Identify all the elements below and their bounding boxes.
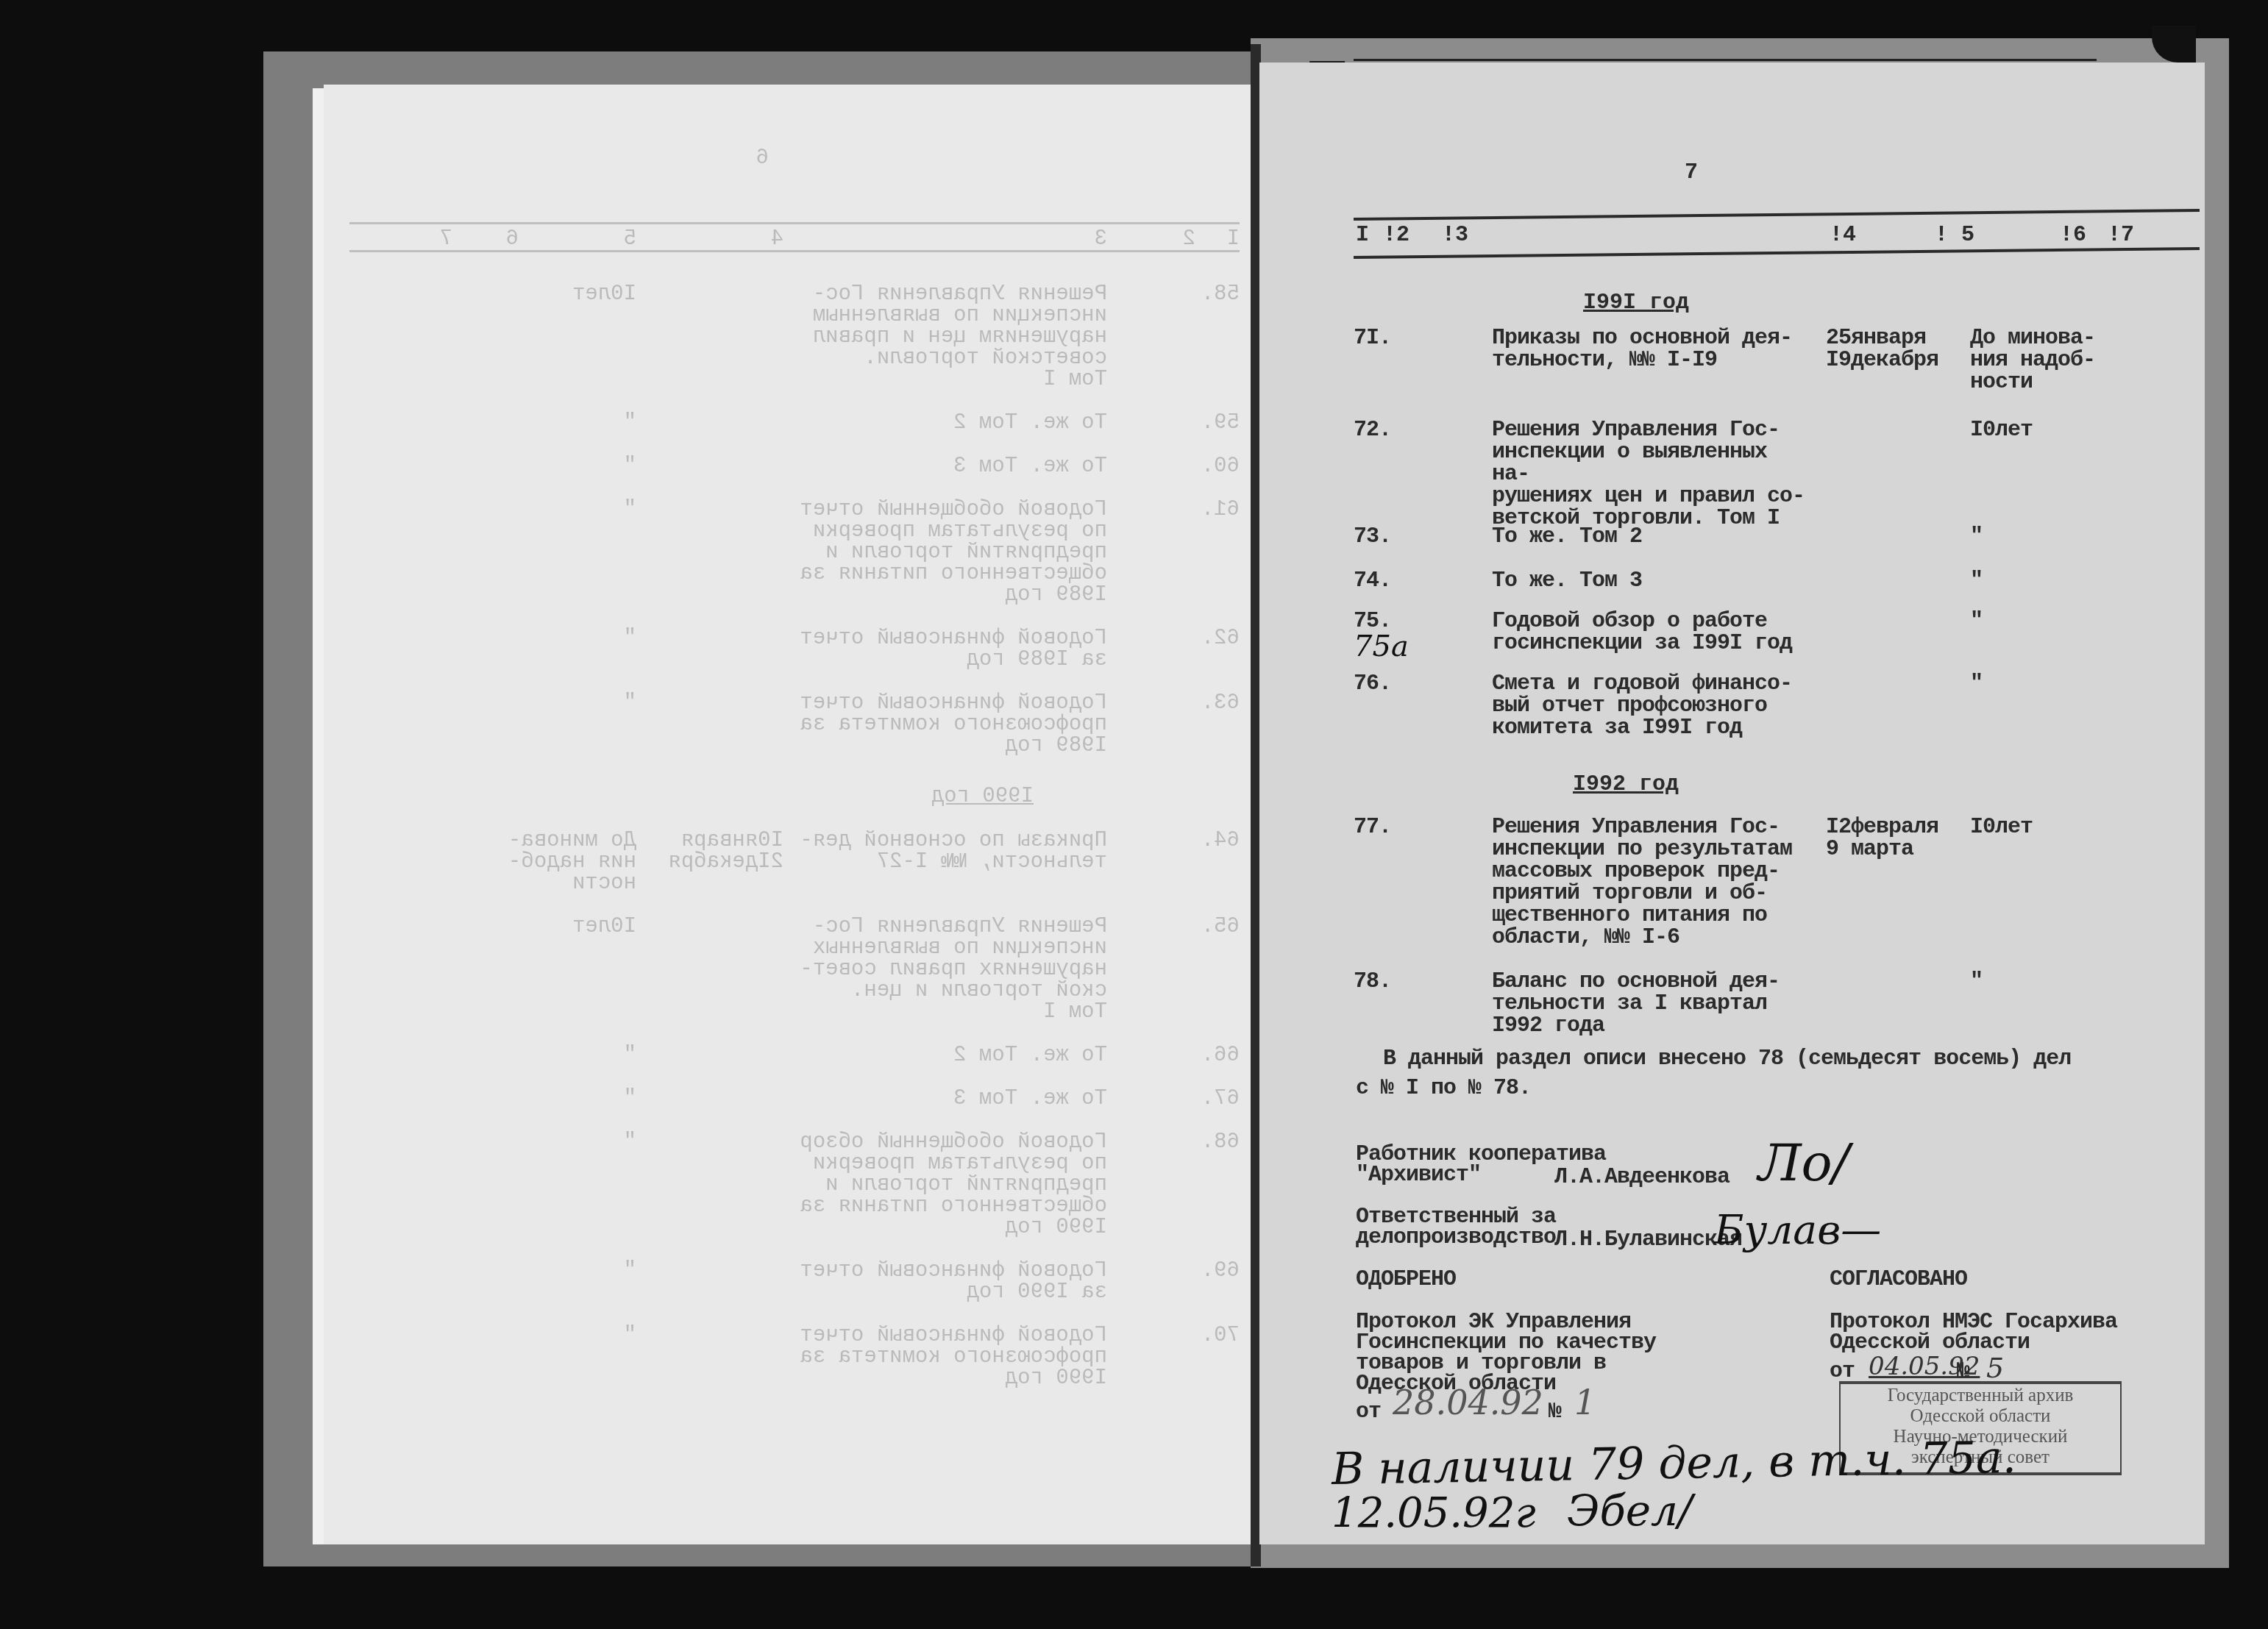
row-title-line: инспекции о выявленных на-	[1492, 441, 1808, 485]
row-dates-line: I9декабря	[1826, 349, 1973, 371]
ghost-row-title-line: Том I	[1043, 368, 1107, 390]
row-retention-line: "	[1970, 610, 2117, 632]
row-retention-line: До минова-	[1970, 327, 2117, 349]
ghost-row-title-line: I990 год	[1005, 1216, 1107, 1238]
row-dates-line: 25января	[1826, 327, 1973, 349]
row-dates-line: I2февраля	[1826, 816, 1973, 838]
row-title-line: инспекции по результатам	[1492, 838, 1808, 860]
row-retention: "	[1970, 526, 2117, 548]
ghost-row-title-line: по результатам проверки	[813, 1152, 1107, 1174]
ghost-row-number: 61.	[1201, 499, 1240, 520]
ghost-row-number: 62.	[1201, 627, 1240, 649]
row-retention: До минова-ния надоб-ности	[1970, 327, 2117, 393]
row-number: 73.	[1354, 526, 1391, 548]
ghost-row-title-line: профсоюзного комитета за	[800, 1346, 1107, 1367]
ghost-col-2: 2	[1183, 228, 1195, 249]
ghost-row-title-line: по результатам проверки	[813, 520, 1107, 541]
row-retention-line: "	[1970, 971, 2117, 993]
year-heading: I99I год	[1583, 290, 1689, 316]
ghost-row-title-line: Годовой финансовый отчет	[800, 692, 1107, 713]
row-title: Годовой обзор о работегосинспекции за I9…	[1492, 610, 1808, 655]
ghost-row-title-line: советской торговли.	[864, 347, 1107, 368]
ghost-row-dates-line: 2Iдекабря	[668, 851, 783, 872]
col-header-3: !3	[1442, 223, 1468, 248]
row-number: 76.	[1354, 673, 1391, 695]
ghost-row-title-line: Решения Управления Гос-	[813, 283, 1107, 304]
row-title-line: комитета за I99I год	[1492, 717, 1808, 739]
ghost-col-7: 7	[440, 228, 452, 249]
ghost-row-retention: "	[624, 1088, 636, 1109]
row-retention: "	[1970, 673, 2117, 695]
row-title-line: массовых проверок пред-	[1492, 860, 1808, 883]
ghost-row-title-line: инспекции по выявленных	[813, 937, 1107, 958]
row-number: 72.	[1354, 419, 1391, 441]
row-number: 77.	[1354, 816, 1391, 838]
col-header-7: !7	[2108, 223, 2134, 248]
col-header-4: !4	[1830, 223, 1856, 248]
ghost-year-heading: I990 год	[931, 785, 1034, 807]
row-title-line: Приказы по основной дея-	[1492, 327, 1808, 349]
ghost-row-number: 64.	[1201, 830, 1240, 851]
row-number: 78.	[1354, 971, 1391, 993]
ghost-row-title-line: То же. Том 3	[953, 1088, 1107, 1109]
row-retention: "	[1970, 610, 2117, 632]
ghost-row-number: 59.	[1201, 412, 1240, 433]
ghost-row-title-line: предприятий торговли и	[825, 541, 1107, 563]
summary-line-2: с № I по № 78.	[1356, 1077, 1531, 1099]
ghost-row-title-line: тельности, №№ I-27	[877, 851, 1107, 872]
row-title-line: I992 года	[1492, 1015, 1808, 1037]
ghost-row-retention-line: ния надоб-	[508, 851, 636, 872]
stamp-line-2: Одесской области	[1841, 1406, 2120, 1427]
ghost-row-title-line: Годовой обобщенный обзор	[800, 1131, 1107, 1152]
ghost-row-retention: "	[624, 692, 636, 713]
ghost-row-dates-line: I0января	[681, 830, 783, 851]
ghost-row-number: 68.	[1201, 1131, 1240, 1152]
ghost-row-number: 60.	[1201, 455, 1240, 477]
agreed-from-label: от	[1830, 1361, 1855, 1383]
ghost-row-number: 65.	[1201, 916, 1240, 937]
ghost-row-title-line: То же. Том 3	[953, 455, 1107, 477]
ghost-row-title-line: I989 год	[1005, 735, 1107, 756]
handwritten-date-note: 12.05.92г	[1332, 1489, 1536, 1537]
approved-number: 1	[1574, 1383, 1596, 1422]
agreed-number-label: №	[1957, 1361, 1969, 1383]
row-title: Приказы по основной дея-тельности, №№ I-…	[1492, 327, 1808, 371]
ghost-row-title-line: Годовой финансовый отчет	[800, 627, 1107, 649]
ghost-page-number: 6	[756, 147, 769, 168]
ghost-col-3: 3	[1095, 228, 1107, 249]
row-title-line: госинспекции за I99I год	[1492, 632, 1808, 655]
ghost-row-retention: "	[624, 412, 636, 433]
signer-2-role-line-2: делопроизводство	[1356, 1227, 1556, 1249]
row-title-line: тельности за I квартал	[1492, 993, 1808, 1015]
row-title-line: То же. Том 2	[1492, 526, 1808, 548]
signature-1-scribble: Ло/	[1758, 1133, 1849, 1193]
ghost-row-number: 58.	[1201, 283, 1240, 304]
handwritten-initials: Эбел/	[1567, 1486, 1693, 1536]
ghost-row-retention-line: ности	[572, 872, 636, 894]
ghost-row-retention: "	[624, 1260, 636, 1281]
cover-rule	[1354, 59, 2097, 61]
row-title-line: рушениях цен и правил со-	[1492, 485, 1808, 507]
ghost-col-4: 4	[771, 228, 783, 249]
ghost-row-title-line: общественного питания за	[800, 1195, 1107, 1216]
row-retention-line: I0лет	[1970, 419, 2117, 441]
ghost-row-title-line: I990 год	[1005, 1367, 1107, 1389]
row-title: То же. Том 2	[1492, 526, 1808, 548]
signer-1-name: Л.А.Авдеенкова	[1554, 1166, 1730, 1188]
row-title-line: щественного питания по	[1492, 905, 1808, 927]
approved-label: ОДОБРЕНО	[1356, 1269, 1456, 1291]
ghost-row-retention: "	[624, 1131, 636, 1152]
col-header-6: !6	[2060, 223, 2086, 248]
page-number: 7	[1685, 162, 1697, 184]
row-title: Смета и годовой финансо-вый отчет профсо…	[1492, 673, 1808, 739]
ghost-col-6: 6	[506, 228, 519, 249]
ghost-row-title-line: Том I	[1043, 1001, 1107, 1022]
ghost-row-number: 70.	[1201, 1325, 1240, 1346]
row-dates: 25январяI9декабря	[1826, 327, 1973, 371]
left-page-bleedthrough: 6 I 2 3 4 5 6 7 58.Решения Управления Го…	[324, 85, 1254, 1544]
row-title-line: То же. Том 3	[1492, 570, 1808, 592]
row-number: 74.	[1354, 570, 1391, 592]
ghost-row-retention: "	[624, 499, 636, 520]
ghost-row-title-line: за I990 год	[967, 1281, 1107, 1302]
row-retention-line: "	[1970, 570, 2117, 592]
row-title-line: тельности, №№ I-I9	[1492, 349, 1808, 371]
ghost-row-retention: I0лет	[572, 283, 636, 304]
row-dates-line: 9 марта	[1826, 838, 1973, 860]
row-retention-line: I0лет	[1970, 816, 2117, 838]
ghost-row-title-line: нарушениях правил совет-	[800, 958, 1107, 980]
row-retention-line: ности	[1970, 371, 2117, 393]
row-retention: I0лет	[1970, 419, 2117, 441]
ghost-row-number: 66.	[1201, 1044, 1240, 1066]
ghost-row-retention: "	[624, 1325, 636, 1346]
row-title-line: области, №№ I-6	[1492, 927, 1808, 949]
summary-line-1: В данный раздел описи внесено 78 (семьде…	[1383, 1048, 2071, 1070]
row-title-line: Решения Управления Гос-	[1492, 419, 1808, 441]
approved-number-label: №	[1549, 1401, 1561, 1423]
ghost-row-title-line: нарушениям цен и правил	[813, 326, 1107, 347]
row-title: То же. Том 3	[1492, 570, 1808, 592]
ghost-row-title-line: Приказы по основной дея-	[800, 830, 1107, 851]
row-dates: I2февраля9 марта	[1826, 816, 1973, 860]
col-header-5: ! 5	[1935, 223, 1974, 248]
ghost-row-title-line: То же. Том 2	[953, 412, 1107, 433]
row-title-line: приятий торговли и об-	[1492, 883, 1808, 905]
approved-from-label: от	[1356, 1401, 1381, 1423]
ghost-row-title-line: То же. Том 2	[953, 1044, 1107, 1066]
ghost-row-retention-line: До минова-	[508, 830, 636, 851]
ghost-row-number: 63.	[1201, 692, 1240, 713]
row-retention-line: "	[1970, 526, 2117, 548]
row-title-line: Смета и годовой финансо-	[1492, 673, 1808, 695]
ghost-row-title-line: ской торговли и цен.	[851, 980, 1107, 1001]
ghost-row-title-line: Решения Управления Гос-	[813, 916, 1107, 937]
agreed-line-2: Одесской области	[1830, 1332, 2030, 1354]
row-title-line: Баланс по основной дея-	[1492, 971, 1808, 993]
row-retention: "	[1970, 971, 2117, 993]
row-title-line: Решения Управления Гос-	[1492, 816, 1808, 838]
agreed-number: 5	[1986, 1352, 2004, 1384]
row-title: Баланс по основной дея-тельности за I кв…	[1492, 971, 1808, 1037]
ghost-row-retention: "	[624, 627, 636, 649]
ghost-row-title-line: Годовой финансовый отчет	[800, 1325, 1107, 1346]
ghost-row-retention: "	[624, 1044, 636, 1066]
ghost-row-title-line: предприятий торговли и	[825, 1174, 1107, 1195]
ghost-row-title-line: I989 год	[1005, 584, 1107, 605]
ghost-col-5: 5	[624, 228, 636, 249]
ghost-row-title-line: инспекции по выявленным	[813, 304, 1107, 326]
approved-date: 28.04.92	[1393, 1383, 1543, 1422]
stamp-line-1: Государственный архив	[1841, 1386, 2120, 1406]
row-title: Решения Управления Гос-инспекции о выявл…	[1492, 419, 1808, 530]
ghost-row-title-line: Годовой финансовый отчет	[800, 1260, 1107, 1281]
ghost-row-title-line: профсоюзного комитета за	[800, 713, 1107, 735]
year-heading: I992 год	[1573, 772, 1679, 797]
ghost-row-title-line: общественного питания за	[800, 563, 1107, 584]
row-number: 7I.	[1354, 327, 1391, 349]
row-title-line: Годовой обзор о работе	[1492, 610, 1808, 632]
agreed-label: СОГЛАСОВАНО	[1830, 1269, 1967, 1291]
col-header-1: I	[1356, 223, 1369, 248]
ghost-row-retention: "	[624, 455, 636, 477]
col-header-2: !2	[1383, 223, 1409, 248]
row-retention: "	[1970, 570, 2117, 592]
ghost-row-title-line: за I989 год	[967, 649, 1107, 670]
signer-1-role-line-2: "Архивист"	[1356, 1164, 1481, 1186]
ghost-row-number: 69.	[1201, 1260, 1240, 1281]
row-retention-line: ния надоб-	[1970, 349, 2117, 371]
row-title-line: вый отчет профсоюзного	[1492, 695, 1808, 717]
ghost-row-retention: I0лет	[572, 916, 636, 937]
row-retention-line: "	[1970, 673, 2117, 695]
row-title: Решения Управления Гос-инспекции по резу…	[1492, 816, 1808, 949]
ghost-row-title-line: Годовой обобщенный отчет	[800, 499, 1107, 520]
ghost-row-number: 67.	[1201, 1088, 1240, 1109]
signature-2-scribble: Булав—	[1714, 1206, 1881, 1253]
ghost-col-1: I	[1227, 228, 1240, 249]
row-retention: I0лет	[1970, 816, 2117, 838]
handwritten-item-note: 75а	[1354, 630, 1409, 663]
